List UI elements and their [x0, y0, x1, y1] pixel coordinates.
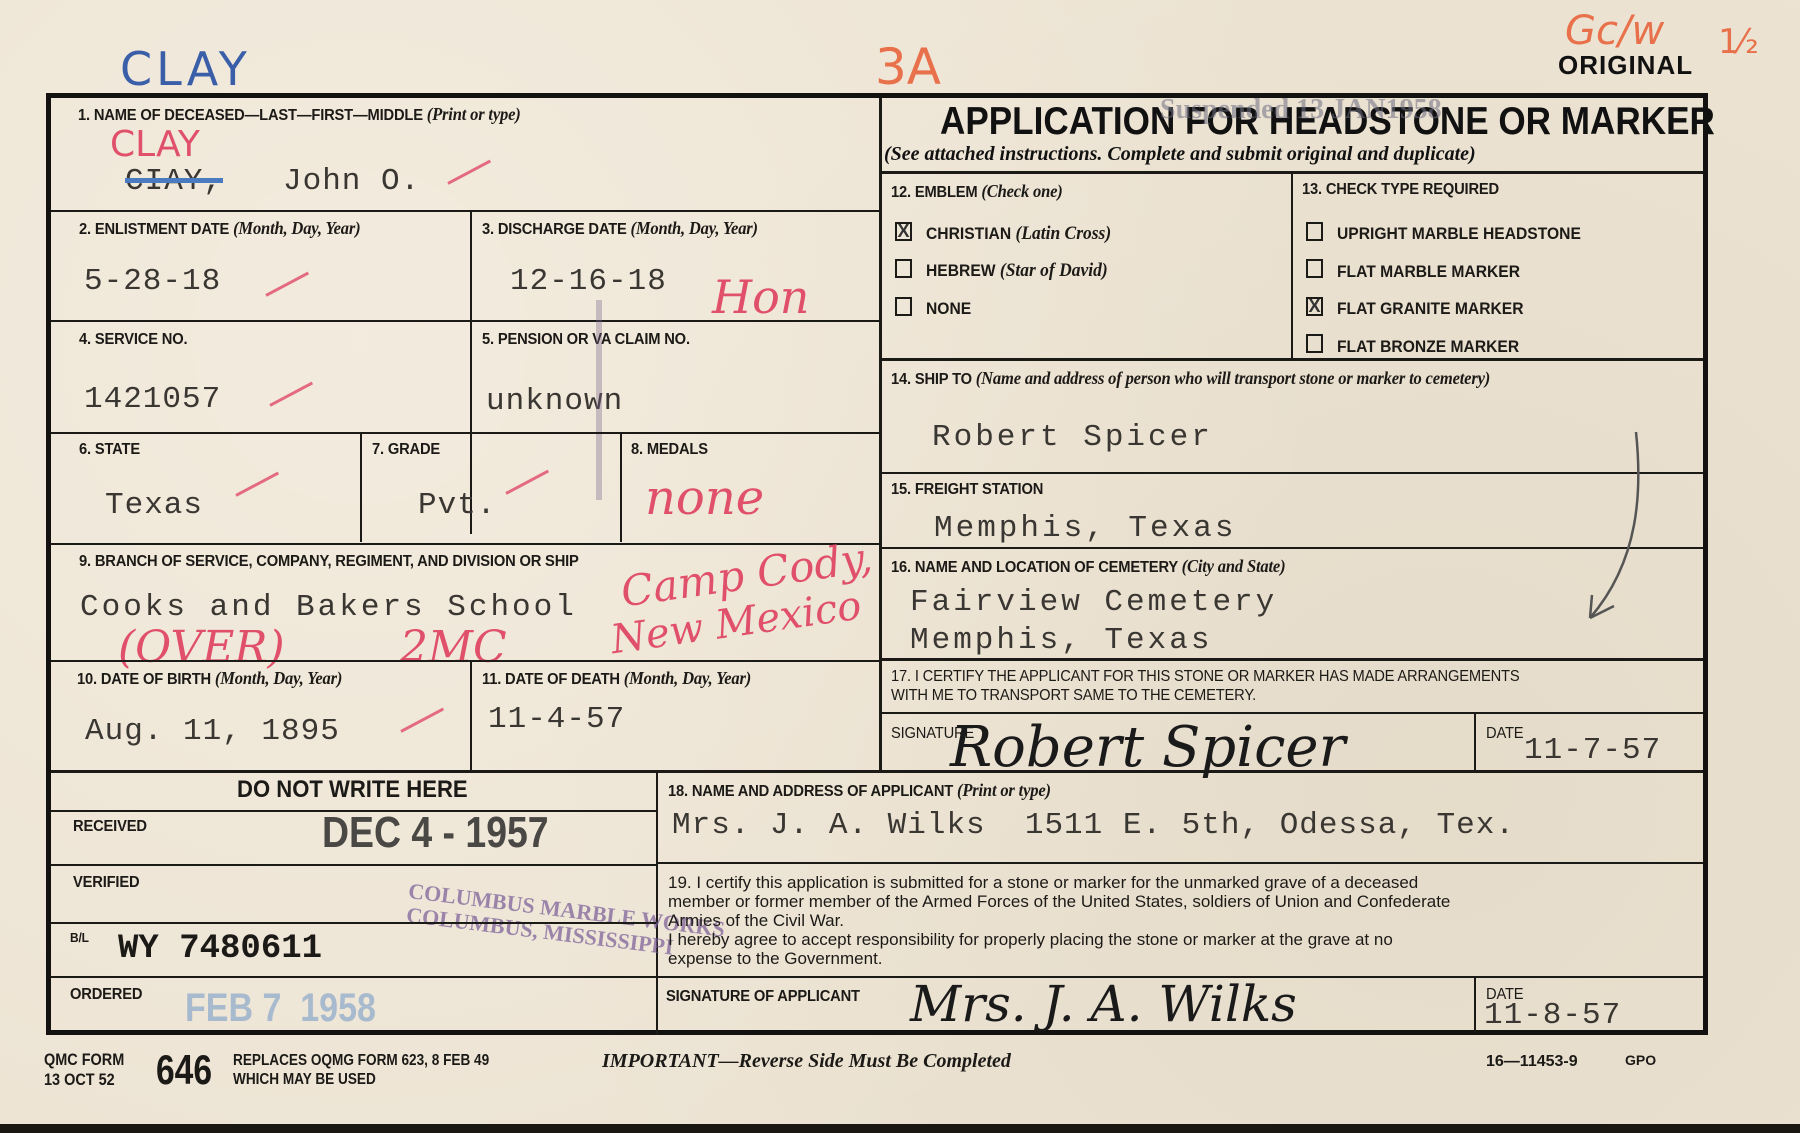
- handwritten-fraction: 1⁄₂: [1718, 22, 1759, 62]
- original-label: ORIGINAL: [1558, 50, 1693, 81]
- field-6-label: 6. STATE: [79, 441, 140, 459]
- divider: [879, 98, 882, 770]
- field-17-date-label: DATE: [1486, 725, 1523, 743]
- label-italic: (Name and address of person who will tra…: [976, 368, 1490, 388]
- divider: [51, 976, 656, 978]
- label-text: 12. EMBLEM: [891, 184, 978, 201]
- divider: [620, 432, 622, 542]
- bl-label: B/L: [70, 930, 89, 945]
- divider: [51, 432, 879, 434]
- label-italic: (City and State): [1182, 556, 1286, 576]
- replaces-line2: WHICH MAY BE USED: [233, 1071, 376, 1089]
- emblem-none-option: NONE: [926, 299, 971, 319]
- handwritten-clay-correction: CLAY: [110, 124, 200, 165]
- freight-station[interactable]: Memphis, Texas: [934, 511, 1236, 546]
- deceased-first-middle-name[interactable]: John O.: [283, 164, 420, 199]
- field-16-label: 16. NAME AND LOCATION OF CEMETERY (City …: [891, 556, 1285, 577]
- divider: [51, 660, 879, 662]
- applicant-date[interactable]: 11-8-57: [1484, 998, 1621, 1033]
- cert-line: 19. I certify this application is submit…: [668, 873, 1688, 892]
- divider: [881, 712, 1703, 714]
- field-9-label: 9. BRANCH OF SERVICE, COMPANY, REGIMENT,…: [79, 553, 579, 571]
- received-label: RECEIVED: [73, 818, 147, 836]
- field-11-label: 11. DATE OF DEATH (Month, Day, Year): [482, 668, 751, 689]
- bill-of-lading-number: WY 7480611: [118, 930, 322, 968]
- divider: [360, 432, 362, 542]
- type-upright-marble-option: UPRIGHT MARBLE HEADSTONE: [1337, 224, 1581, 244]
- divider: [1291, 172, 1293, 358]
- deceased-last-name-struck: CIAY,: [125, 164, 223, 199]
- handwritten-medals-none[interactable]: none: [645, 470, 764, 526]
- form-id-line1: QMC FORM: [44, 1050, 124, 1070]
- divider: [51, 320, 879, 322]
- form-id-line2: 13 OCT 52: [44, 1070, 115, 1090]
- cemetery-name[interactable]: Fairview Cemetery: [910, 585, 1277, 620]
- service-number[interactable]: 1421057: [84, 382, 221, 417]
- option-italic: (Star of David): [1000, 260, 1108, 281]
- suspended-stamp: Suspended 13 JAN1958: [1160, 94, 1442, 126]
- divider: [51, 210, 879, 212]
- cert-line: expense to the Government.: [668, 949, 1688, 968]
- label-italic: (Month, Day, Year): [215, 668, 342, 688]
- divider: [51, 543, 879, 545]
- field-8-label: 8. MEDALS: [631, 441, 708, 459]
- emblem-christian-checkbox[interactable]: X: [895, 222, 912, 241]
- pension-claim-number[interactable]: unknown: [486, 384, 623, 419]
- purple-ink-streak: [596, 300, 602, 500]
- label-text: 3. DISCHARGE DATE: [482, 221, 627, 238]
- divider: [470, 210, 472, 534]
- applicant-name-address[interactable]: Mrs. J. A. Wilks 1511 E. 5th, Odessa, Te…: [672, 808, 1515, 843]
- field-13-label: 13. CHECK TYPE REQUIRED: [1302, 181, 1499, 199]
- divider: [51, 770, 1703, 773]
- state-value[interactable]: Texas: [105, 488, 203, 523]
- replaces-line1: REPLACES OQMG FORM 623, 8 FEB 49: [233, 1052, 489, 1070]
- field-1-label: 1. NAME OF DECEASED—LAST—FIRST—MIDDLE (P…: [78, 104, 521, 125]
- option-text: CHRISTIAN: [926, 224, 1011, 243]
- ordered-label: ORDERED: [70, 986, 142, 1004]
- emblem-hebrew-option: HEBREW (Star of David): [926, 260, 1108, 282]
- label-text: 18. NAME AND ADDRESS OF APPLICANT: [668, 783, 953, 800]
- field-7-label: 7. GRADE: [372, 441, 440, 459]
- form-number: 646: [156, 1046, 212, 1094]
- label-text: 2. ENLISTMENT DATE: [79, 221, 229, 238]
- label-italic: (Check one): [981, 181, 1062, 201]
- emblem-none-checkbox[interactable]: [895, 297, 912, 316]
- handwritten-code-3a: 3A: [875, 38, 941, 96]
- type-flat-bronze-option: FLAT BRONZE MARKER: [1337, 337, 1519, 357]
- field-17-label-line2: WITH ME TO TRANSPORT SAME TO THE CEMETER…: [891, 687, 1256, 705]
- label-italic: (Month, Day, Year): [624, 668, 751, 688]
- label-italic: (Month, Day, Year): [631, 218, 758, 238]
- divider: [51, 864, 656, 866]
- cemetery-location[interactable]: Memphis, Texas: [910, 623, 1212, 658]
- cert-line: I hereby agree to accept responsibility …: [668, 930, 1688, 949]
- discharge-date[interactable]: 12-16-18: [510, 264, 667, 299]
- ordered-date-stamp: FEB 7 1958: [185, 986, 376, 1031]
- type-flat-bronze-checkbox[interactable]: [1306, 334, 1323, 353]
- handwritten-clay-blue: CLAY: [120, 42, 251, 96]
- field-2-label: 2. ENLISTMENT DATE (Month, Day, Year): [79, 218, 360, 239]
- label-text: 10. DATE OF BIRTH: [77, 671, 211, 688]
- label-text: 16. NAME AND LOCATION OF CEMETERY: [891, 559, 1178, 576]
- date-of-birth[interactable]: Aug. 11, 1895: [85, 714, 340, 749]
- cert-line: Armies of the Civil War.: [668, 911, 1688, 930]
- divider: [1474, 712, 1476, 770]
- date-of-death[interactable]: 11-4-57: [488, 702, 625, 737]
- label-text: 14. SHIP TO: [891, 371, 972, 388]
- cert-line: member or former member of the Armed For…: [668, 892, 1688, 911]
- enlistment-date[interactable]: 5-28-18: [84, 264, 221, 299]
- form-subtitle: (See attached instructions. Complete and…: [884, 143, 1476, 166]
- handwritten-2mc: 2MC: [400, 622, 507, 673]
- option-text: HEBREW: [926, 261, 996, 280]
- field-14-label: 14. SHIP TO (Name and address of person …: [891, 368, 1490, 389]
- field-3-label: 3. DISCHARGE DATE (Month, Day, Year): [482, 218, 758, 239]
- divider: [881, 358, 1703, 361]
- headstone-application-card: CLAY 3A Gc/w 1⁄₂ ORIGINAL APPLICATION FO…: [0, 0, 1800, 1124]
- label-text: 11. DATE OF DEATH: [482, 671, 620, 688]
- divider: [51, 922, 656, 924]
- ship-to-name[interactable]: Robert Spicer: [932, 420, 1213, 455]
- field-5-label: 5. PENSION OR VA CLAIM NO.: [482, 331, 690, 349]
- divider: [470, 660, 472, 770]
- print-code: 16—11453-9: [1486, 1053, 1578, 1071]
- type-upright-marble-checkbox[interactable]: [1306, 222, 1323, 241]
- applicant-signature[interactable]: Mrs. J. A. Wilks: [910, 975, 1297, 1033]
- branch-of-service[interactable]: Cooks and Bakers School: [80, 590, 577, 625]
- type-flat-granite-checkbox[interactable]: X: [1306, 297, 1323, 316]
- transporter-date[interactable]: 11-7-57: [1524, 733, 1661, 768]
- type-flat-granite-option: FLAT GRANITE MARKER: [1337, 299, 1524, 319]
- field-10-label: 10. DATE OF BIRTH (Month, Day, Year): [77, 668, 342, 689]
- handwritten-hon: Hon: [712, 270, 809, 324]
- handwritten-over: (OVER): [118, 622, 285, 673]
- applicant-signature-label: SIGNATURE OF APPLICANT: [666, 988, 860, 1006]
- handwritten-arrow-icon: [1570, 430, 1650, 630]
- do-not-write-here-header: DO NOT WRITE HERE: [237, 776, 468, 804]
- handwritten-gcw: Gc/w: [1565, 8, 1664, 54]
- field-12-label: 12. EMBLEM (Check one): [891, 181, 1063, 202]
- field-4-label: 4. SERVICE NO.: [79, 331, 187, 349]
- type-flat-marble-checkbox[interactable]: [1306, 259, 1323, 278]
- field-15-label: 15. FREIGHT STATION: [891, 481, 1043, 499]
- emblem-hebrew-checkbox[interactable]: [895, 259, 912, 278]
- label-italic: (Month, Day, Year): [233, 218, 360, 238]
- verified-label: VERIFIED: [73, 874, 139, 892]
- label-italic: (Print or type): [427, 104, 521, 124]
- field-17-label-line1: 17. I CERTIFY THE APPLICANT FOR THIS STO…: [891, 668, 1519, 686]
- divider: [1474, 976, 1476, 1032]
- divider: [881, 658, 1703, 661]
- emblem-christian-option: CHRISTIAN (Latin Cross): [926, 223, 1111, 245]
- grade-value[interactable]: Pvt.: [418, 488, 496, 523]
- field-18-label: 18. NAME AND ADDRESS OF APPLICANT (Print…: [668, 780, 1051, 801]
- received-date-stamp: DEC 4 - 1957: [322, 808, 549, 858]
- field-19-certification: 19. I certify this application is submit…: [668, 873, 1688, 968]
- option-italic: (Latin Cross): [1016, 223, 1112, 244]
- label-italic: (Print or type): [957, 780, 1051, 800]
- divider: [656, 770, 658, 1035]
- gpo-mark: GPO: [1625, 1052, 1656, 1068]
- label-text: 1. NAME OF DECEASED—LAST—FIRST—MIDDLE: [78, 107, 423, 124]
- important-note: IMPORTANT—Reverse Side Must Be Completed: [602, 1050, 1011, 1073]
- type-flat-marble-option: FLAT MARBLE MARKER: [1337, 262, 1520, 282]
- divider: [656, 862, 1703, 864]
